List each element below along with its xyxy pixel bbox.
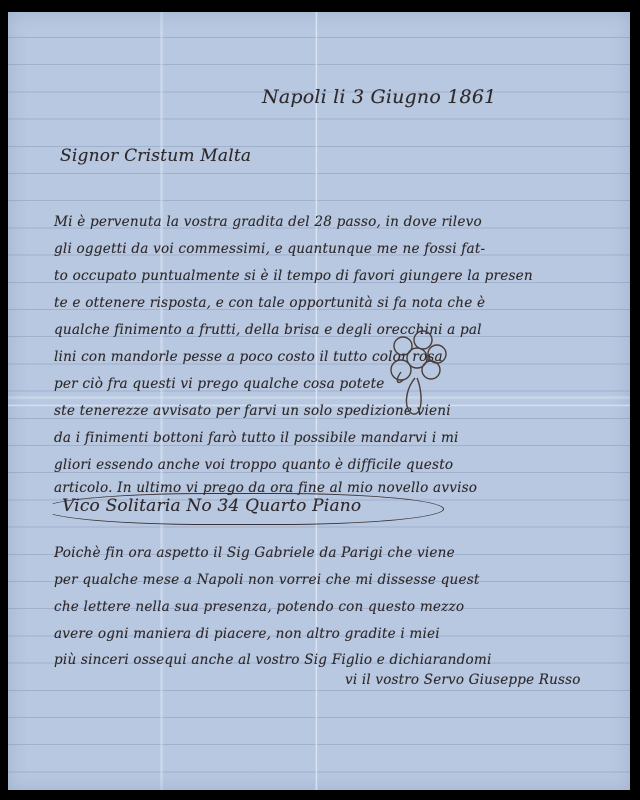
body-line: gli oggetti da voi commessimi, e quantun…: [54, 241, 485, 257]
body-line: Mi è pervenuta la vostra gradita del 28 …: [54, 214, 482, 230]
body-line: che lettere nella sua presenza, potendo …: [54, 599, 464, 615]
body-line: più sinceri ossequi anche al vostro Sig …: [54, 652, 492, 668]
letter-salutation: Signor Cristum Malta: [60, 146, 251, 166]
body-line: per ciò fra questi vi prego qualche cosa…: [54, 376, 385, 392]
body-line: to occupato puntualmente si è il tempo d…: [54, 268, 533, 284]
body-line: Poichè fin ora aspetto il Sig Gabriele d…: [54, 545, 455, 561]
address-text: Vico Solitaria No 34 Quarto Piano: [62, 496, 361, 516]
body-line: gliori essendo anche voi troppo quanto è…: [54, 457, 453, 473]
letter-dateline: Napoli li 3 Giugno 1861: [262, 86, 496, 108]
body-line: te e ottenere risposta, e con tale oppor…: [54, 295, 485, 311]
signature: vi il vostro Servo Giuseppe Russo: [345, 672, 581, 688]
body-line: da i finimenti bottoni farò tutto il pos…: [54, 430, 459, 446]
flower-sketch-icon: [377, 330, 457, 420]
body-line: avere ogni maniera di piacere, non altro…: [54, 626, 440, 642]
vertical-fold-crease: [315, 12, 318, 790]
body-line: per qualche mese a Napoli non vorrei che…: [54, 572, 480, 588]
